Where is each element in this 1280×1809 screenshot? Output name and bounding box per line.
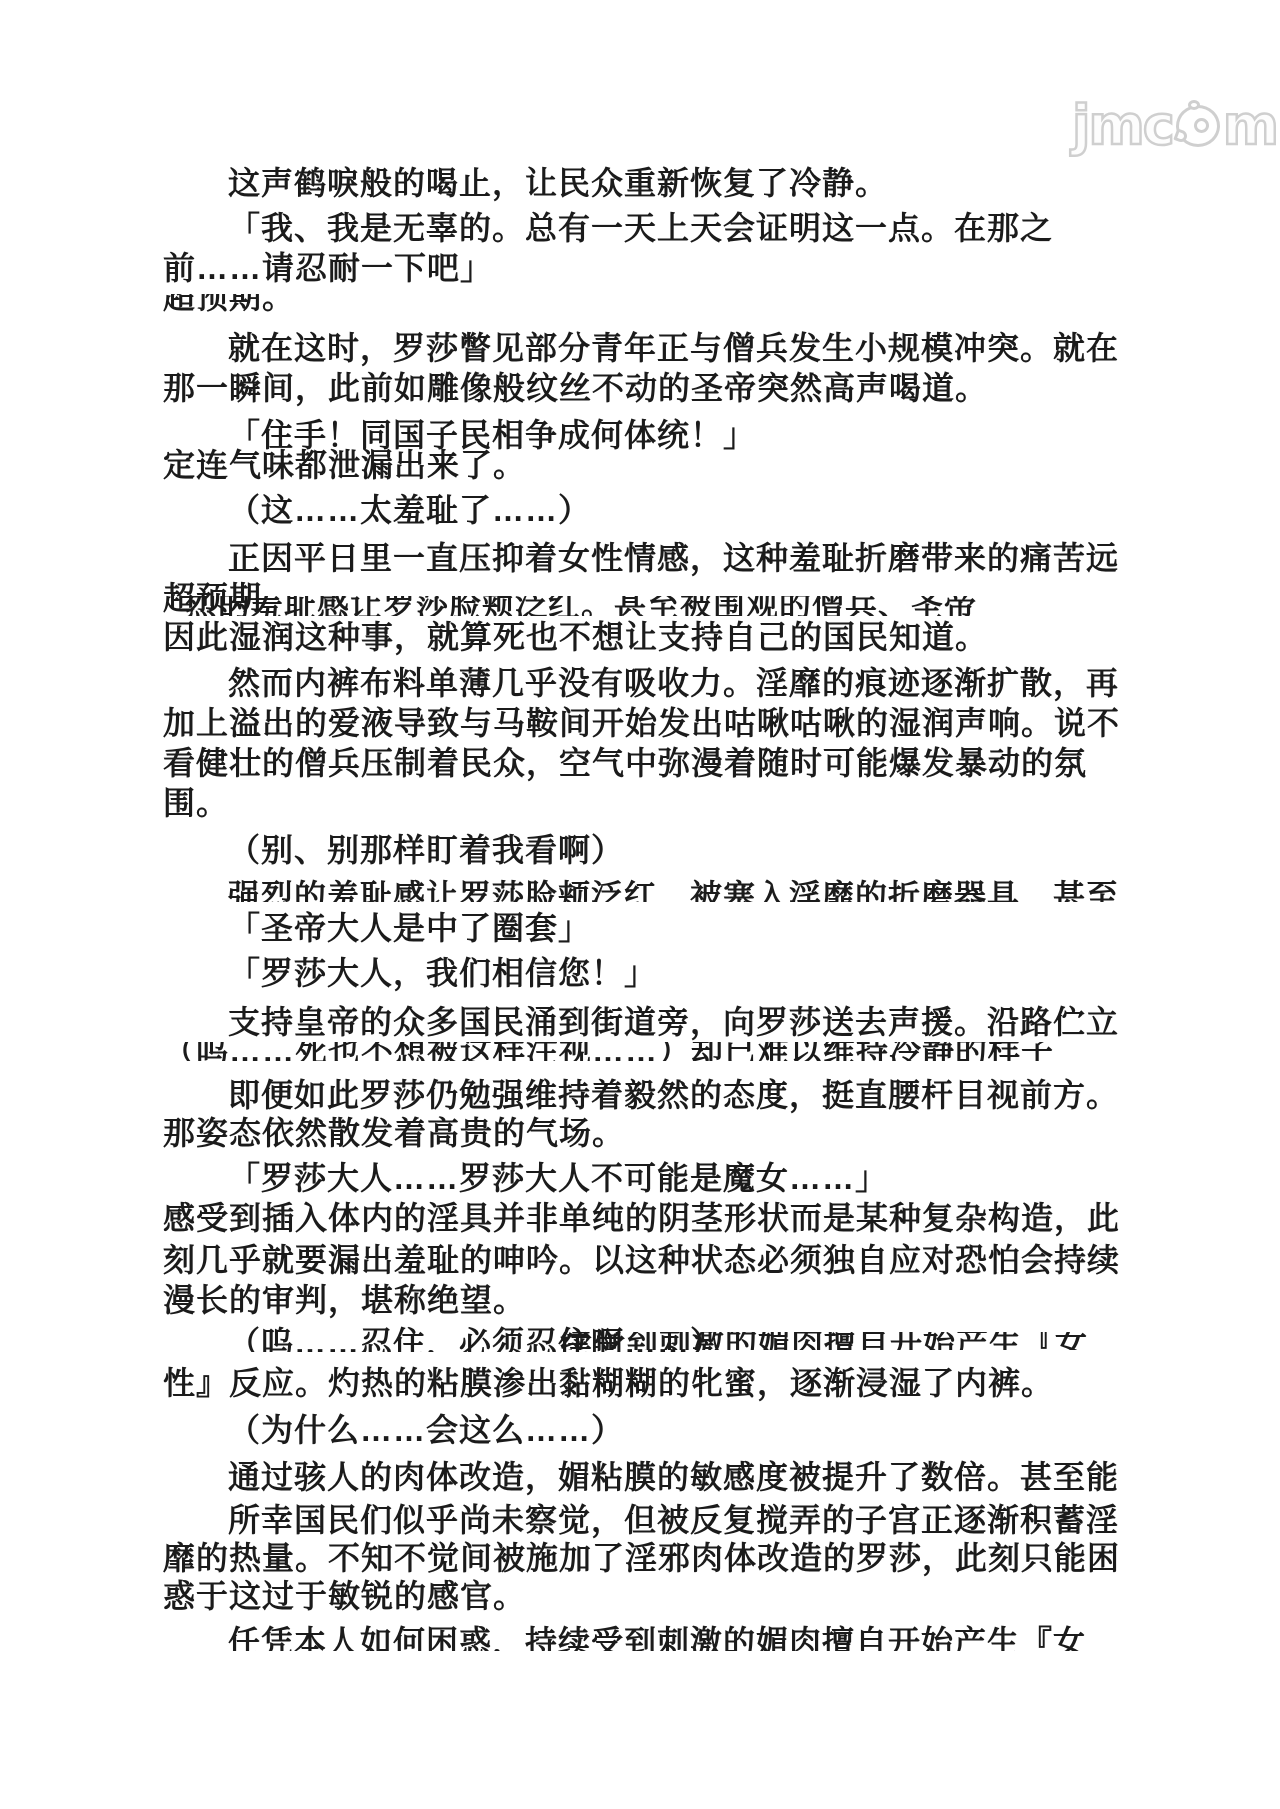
paragraph-line: 所幸国民们似乎尚未察觉，但被反复搅弄的子宫正逐渐积蓄淫 [228, 1502, 1119, 1538]
jmcomic-bird-icon [1176, 105, 1220, 147]
bird-eye-icon [1194, 118, 1209, 133]
paragraph-line: 这声鹤唳般的喝止，让民众重新恢复了冷静。 [228, 165, 888, 201]
paragraph-line: 感受到插入体内的淫具并非单纯的阴茎形状而是某种复杂构造，此 [163, 1200, 1120, 1236]
paragraph-line: 刻几乎就要漏出羞耻的呻吟。以这种状态必须独自应对恐怕会持续 [163, 1242, 1120, 1278]
bird-beak-icon [1173, 128, 1188, 143]
dialogue-line: 「罗莎大人……罗莎大人不可能是魔女……」 [228, 1160, 888, 1196]
dialogue-line: 前……请忍耐一下吧」 [163, 250, 493, 286]
paragraph-line: 支持皇帝的众多国民涌到街道旁，向罗莎送去声援。沿路伫立 [228, 1004, 1119, 1040]
paragraph-line: 通过骇人的肉体改造，媚粘膜的敏感度被提升了数倍。甚至能 [228, 1459, 1119, 1495]
dialogue-line: 「罗莎大人，我们相信您！」 [228, 955, 657, 991]
glitch-line: 强烈的羞耻感让罗莎脸颊泛红，被塞入淫靡的折磨器具，甚至 [228, 878, 1119, 902]
dialogue-line: 「圣帝大人是中了圈套」 [228, 910, 591, 946]
glitch-line: 续受到刺激的媚肉擅自开始产生『女 [560, 1332, 1088, 1350]
jmcomic-watermark: jmc mic [1072, 94, 1280, 157]
thought-line: （别、别那样盯着我看啊） [228, 832, 624, 868]
paragraph-line: 惑于这过于敏锐的感官。 [163, 1578, 526, 1614]
paragraph-line: 因此湿润这种事，就算死也不想让支持自己的国民知道。 [163, 619, 988, 655]
paragraph-line: 那姿态依然散发着高贵的气场。 [163, 1115, 625, 1151]
glitch-line: （呜……死也不想被这样注视……）却已难以维持冷静的样子 [163, 1042, 1054, 1061]
paragraph-line: 然而内裤布料单薄几乎没有吸收力。淫靡的痕迹逐渐扩散，再 [228, 665, 1119, 701]
paragraph-line: 围。 [163, 785, 229, 821]
novel-page: jmc mic 这声鹤唳般的喝止，让民众重新恢复了冷静。 「我、我是无辜的。总有… [0, 0, 1280, 1809]
paragraph-line: 那一瞬间，此前如雕像般纹丝不动的圣帝突然高声喝道。 [163, 370, 988, 406]
paragraph-line: 看健壮的僧兵压制着民众，空气中弥漫着随时可能爆发暴动的氛 [163, 745, 1087, 781]
paragraph-line: 靡的热量。不知不觉间被施加了淫邪肉体改造的罗莎，此刻只能困 [163, 1540, 1120, 1576]
paragraph-line: 就在这时，罗莎瞥见部分青年正与僧兵发生小规模冲突。就在 [228, 330, 1119, 366]
glitch-line: 超预期。 [163, 294, 295, 314]
glitch-line: 烈的羞耻感让罗莎脸颊泛红。甚至被围观的僧兵、圣帝 [185, 596, 977, 616]
watermark-text-right: mic [1223, 94, 1280, 157]
watermark-text-left: jmc [1072, 94, 1173, 157]
paragraph-line: 即便如此罗莎仍勉强维持着毅然的态度，挺直腰杆目视前方。 [228, 1077, 1119, 1113]
glitch-line: 任凭本人如何困惑，持续受到刺激的媚肉擅自开始产生『女 [228, 1624, 1086, 1651]
paragraph-line: 漫长的审判，堪称绝望。 [163, 1282, 526, 1318]
glitch-line: 定连气味都泄漏出来了。 [163, 447, 526, 483]
paragraph-line: 加上溢出的爱液导致与马鞍间开始发出咕啾咕啾的湿润声响。说不 [163, 705, 1120, 741]
thought-line: （为什么……会这么……） [228, 1412, 624, 1448]
thought-line: （这……太羞耻了……） [228, 492, 591, 528]
paragraph-line: 正因平日里一直压抑着女性情感，这种羞耻折磨带来的痛苦远 [228, 540, 1119, 576]
paragraph-line: 性』反应。灼热的粘膜渗出黏糊糊的牝蜜，逐渐浸湿了内裤。 [163, 1365, 1054, 1401]
dialogue-line: 「我、我是无辜的。总有一天上天会证明这一点。在那之 [228, 210, 1053, 246]
bird-ear-icon [1188, 100, 1200, 110]
